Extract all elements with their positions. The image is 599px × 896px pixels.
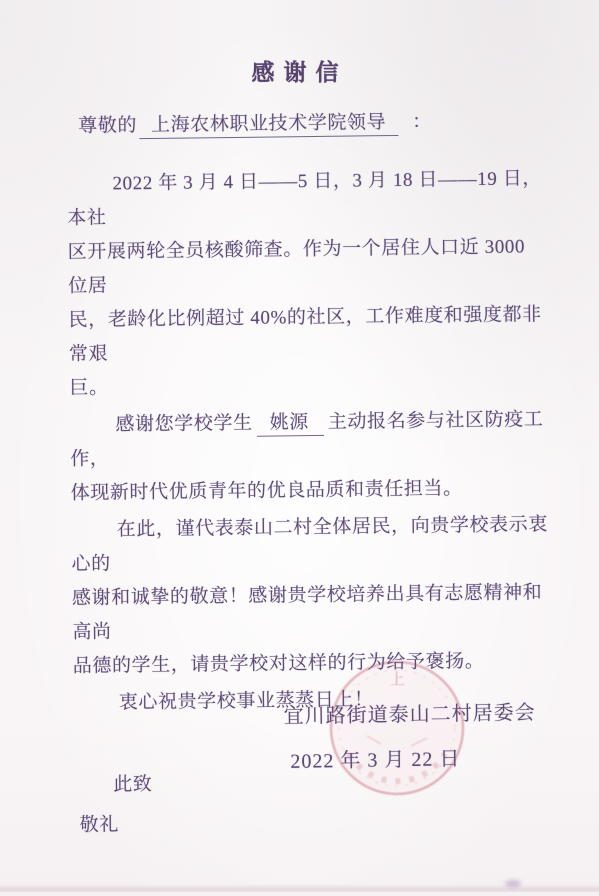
student-name: 姚源 [257,412,324,437]
signature-block: 宜川路街道泰山二村居委会 2022 年 3 月 22 日 [283,696,536,774]
paragraph-2-before: 感谢您学校学生 [115,413,252,436]
paragraph-student-thanks: 感谢您学校学生姚源主动报名参与社区防疫工作， 体现新时代优质青年的优良品质和责任… [70,403,552,511]
paragraph-nucleic-testing: 2022 年 3 月 4 日——5 日，3 月 18 日——19 日，本社 区开… [67,162,551,406]
recipient-name: 上海农林职业技术学院领导 [139,112,398,139]
signature-organization: 宜川路街道泰山二村居委会 [283,696,535,729]
letter-title: 感谢信 [0,0,599,87]
salutation-line: 尊敬的上海农林职业技术学院领导： [66,104,547,144]
salutation-colon: ： [412,112,432,133]
signature-date: 2022 年 3 月 22 日 [284,741,536,774]
paragraph-gratitude: 在此，谨代表泰山二村全体居民，向贵学校表示衷心的 感谢和诚挚的敬意！感谢贵学校培… [71,508,554,684]
ink-smudge [505,880,521,887]
closing-jingli: 敬礼 [75,803,556,843]
salutation-prefix: 尊敬的 [78,115,137,137]
letter-page: 感谢信 上 尊敬的上海农林职业技术学院领导： 2022 年 3 月 4 日——5… [0,0,599,896]
